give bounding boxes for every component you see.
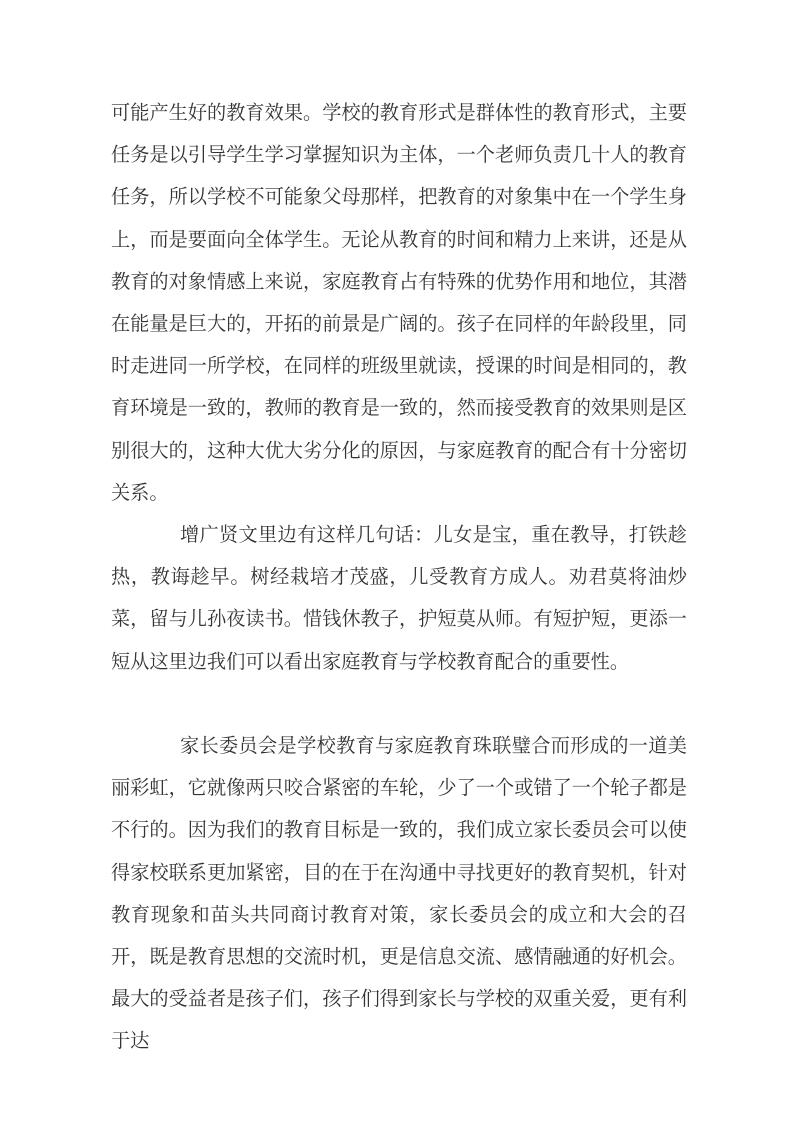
paragraph-zengguangxianwen-quote: 增广贤文里边有这样几句话：儿女是宝，重在教导，打铁趁热，教诲趁早。树经栽培才茂盛… bbox=[111, 515, 687, 684]
paragraph-school-vs-family-education: 可能产生好的教育效果。学校的教育形式是群体性的教育形式，主要任务是以引导学生学习… bbox=[111, 93, 687, 515]
paragraph-parent-committee: 家长委员会是学校教育与家庭教育珠联璧合而形成的一道美丽彩虹，它就像两只咬合紧密的… bbox=[111, 726, 687, 1064]
document-page: 可能产生好的教育效果。学校的教育形式是群体性的教育形式，主要任务是以引导学生学习… bbox=[0, 0, 793, 1122]
paragraph-blank-line bbox=[111, 684, 687, 726]
